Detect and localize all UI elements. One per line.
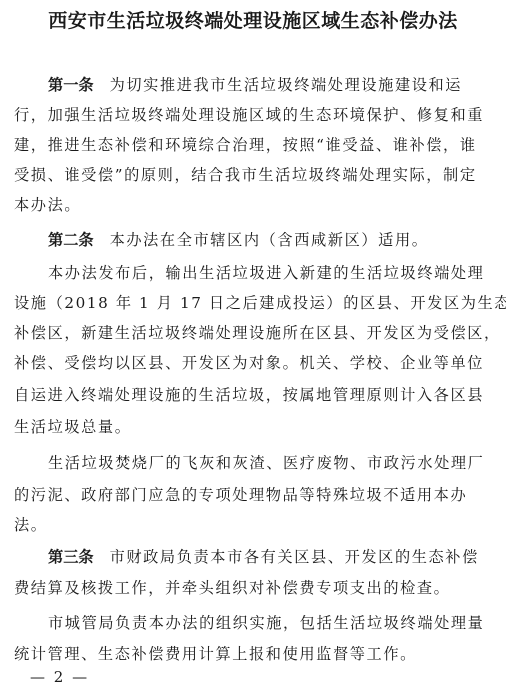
paragraph-a-line-1: 本办法发布后，输出生活垃圾进入新建的生活垃圾终端处理	[48, 262, 494, 284]
document-title: 西安市生活垃圾终端处理设施区域生态补偿办法	[0, 8, 506, 34]
final-paragraph-line-2: 统计管理、生态补偿费用计算上报和使用监督等工作。	[14, 643, 494, 665]
document-page: 西安市生活垃圾终端处理设施区域生态补偿办法 第一条为切实推进我市生活垃圾终端处理…	[0, 0, 506, 693]
article-2-text: 本办法在全市辖区内（含西咸新区）适用。	[110, 231, 429, 249]
paragraph-b-line-3: 法。	[14, 514, 494, 536]
article-3-line-1: 第三条市财政局负责本市各有关区县、开发区的生态补偿	[48, 546, 494, 568]
paragraph-a-line-2: 设施（2018 年 1 月 17 日之后建成投运）的区县、开发区为生态	[14, 292, 494, 314]
article-1-line-4: 受损、谁受偿”的原则，结合我市生活垃圾终端处理实际，制定	[14, 164, 494, 186]
final-paragraph-line-1: 市城管局负责本办法的组织实施，包括生活垃圾终端处理量	[48, 612, 494, 634]
paragraph-a-line-4: 补偿、受偿均以区县、开发区为对象。机关、学校、企业等单位	[14, 352, 494, 374]
paragraph-a-line-5: 自运进入终端处理设施的生活垃圾，按属地管理原则计入各区县	[14, 384, 494, 406]
article-1-line-3: 建，推进生态补偿和环境综合治理，按照“谁受益、谁补偿，谁	[14, 134, 494, 156]
article-2-line-1: 第二条本办法在全市辖区内（含西咸新区）适用。	[48, 229, 494, 251]
paragraph-b-line-2: 的污泥、政府部门应急的专项处理物品等特殊垃圾不适用本办	[14, 484, 494, 506]
article-2-label: 第二条	[48, 231, 94, 249]
paragraph-a-line-6: 生活垃圾总量。	[14, 416, 494, 438]
page-number: — 2 —	[30, 668, 89, 686]
article-3-line-2: 费结算及核拨工作，并牵头组织对补偿费专项支出的检查。	[14, 577, 494, 599]
article-1-line-5: 本办法。	[14, 194, 494, 216]
article-1-line-2: 行，加强生活垃圾终端处理设施区域的生态环境保护、修复和重	[14, 104, 494, 126]
paragraph-a-line-3: 补偿区，新建生活垃圾终端处理设施所在区县、开发区为受偿区，	[14, 322, 494, 344]
article-3-label: 第三条	[48, 548, 94, 566]
article-1-line-1: 第一条为切实推进我市生活垃圾终端处理设施建设和运	[48, 74, 494, 96]
article-1-label: 第一条	[48, 76, 94, 94]
article-3-text: 市财政局负责本市各有关区县、开发区的生态补偿	[110, 548, 479, 566]
paragraph-b-line-1: 生活垃圾焚烧厂的飞灰和灰渣、医疗废物、市政污水处理厂	[48, 452, 494, 474]
article-1-text: 为切实推进我市生活垃圾终端处理设施建设和运	[110, 76, 463, 94]
